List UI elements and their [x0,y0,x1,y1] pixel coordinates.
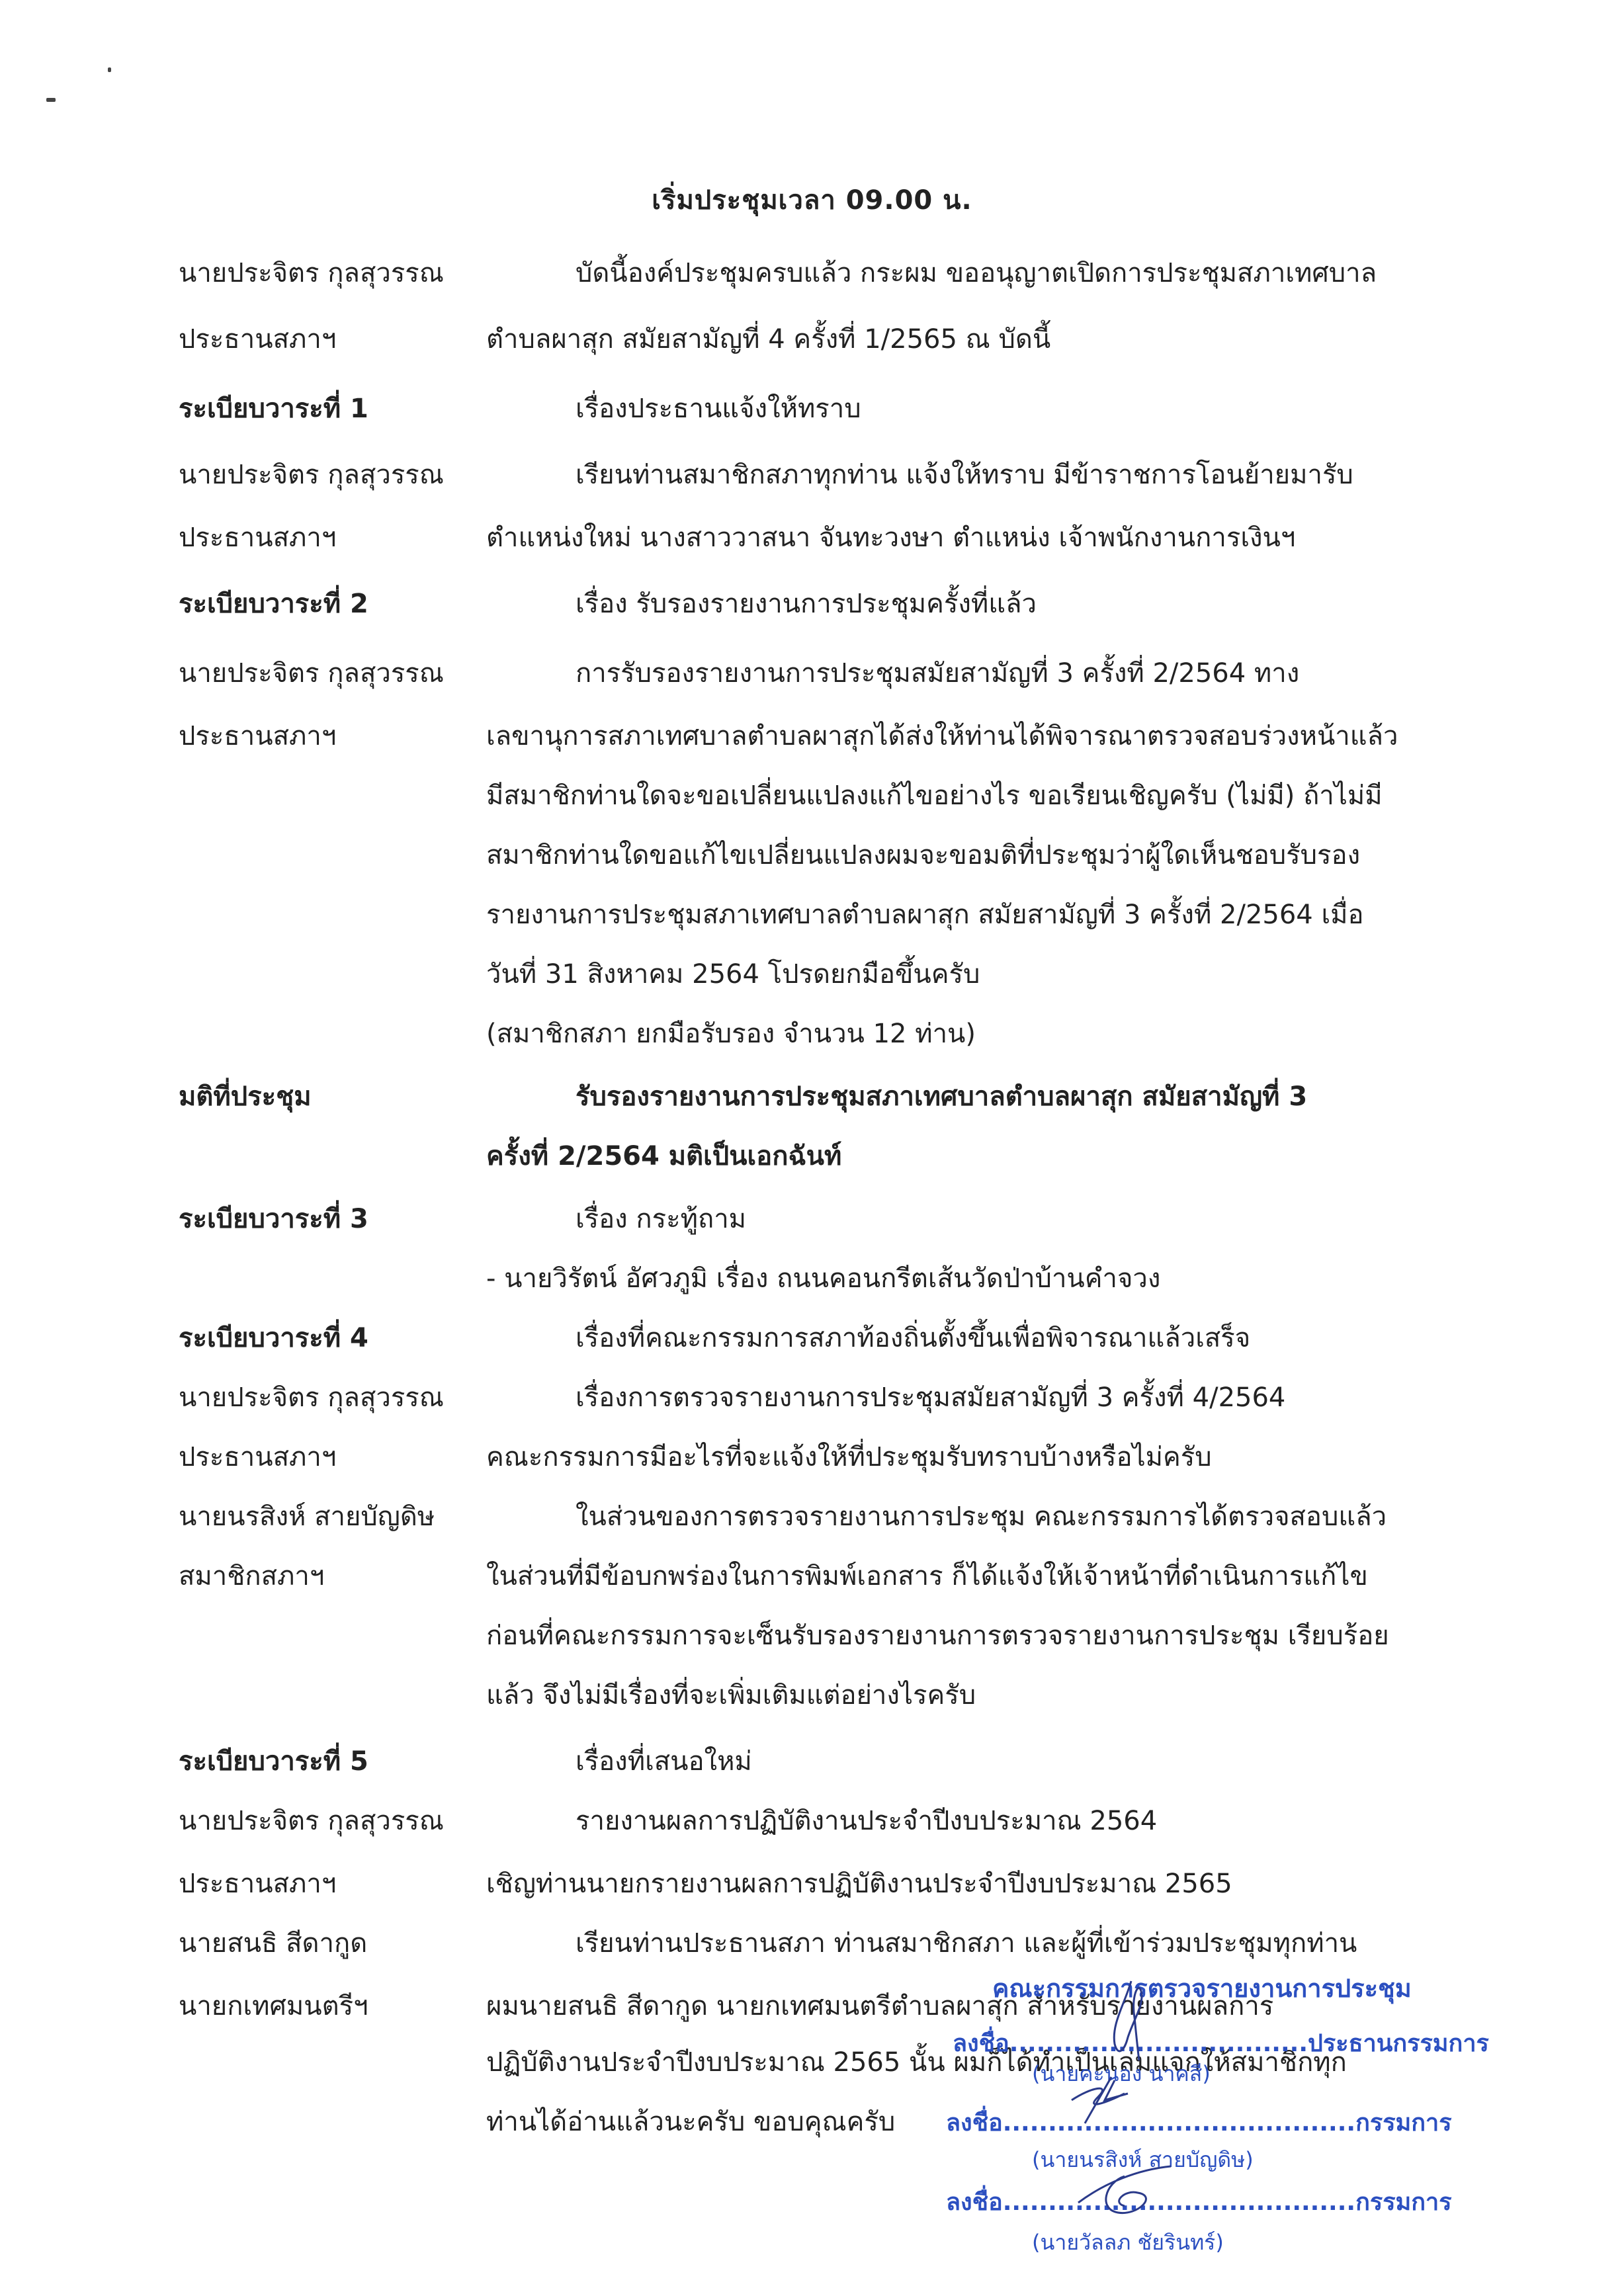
handwritten-signature-2 [1065,2074,1138,2127]
stamp-heading: คณะกรรมการตรวจรายงานการประชุม [992,1968,1412,2008]
signature-line-3: ลงชื่อ..................................… [946,2183,1452,2221]
minutes-row: สมาชิกสภาฯในส่วนที่มีข้อบกพร่องในการพิมพ… [0,1554,1624,1614]
minutes-text: รายงานการประชุมสภาเทศบาลตำบลผาสุก สมัยสา… [486,893,1364,935]
minutes-row: นายประจิตร กุลสุวรรณเรื่องการตรวจรายงานก… [0,1376,1624,1435]
speaker-label: ระเบียบวาระที่ 3 [179,1197,368,1240]
signature-line-2: ลงชื่อ..................................… [946,2103,1452,2141]
speaker-label: นายประจิตร กุลสุวรรณ [179,652,444,694]
minutes-row: ระเบียบวาระที่ 4เรื่องที่คณะกรรมการสภาท้… [0,1316,1624,1376]
signature-role: กรรมการ [1355,2109,1452,2137]
speaker-label: ประธานสภาฯ [179,1862,336,1904]
scan-speck [108,67,111,72]
minutes-text: (สมาชิกสภา ยกมือรับรอง จำนวน 12 ท่าน) [486,1012,976,1054]
minutes-text: - นายวิรัตน์ อัศวภูมิ เรื่อง ถนนคอนกรีตเ… [486,1257,1160,1299]
minutes-text: เรียนท่านสมาชิกสภาทุกท่าน แจ้งให้ทราบ มี… [576,453,1353,495]
speaker-label: ประธานสภาฯ [179,318,336,360]
minutes-text: เลขานุการสภาเทศบาลตำบลผาสุกได้ส่งให้ท่าน… [486,714,1398,757]
minutes-row: ประธานสภาฯคณะกรรมการมีอะไรที่จะแจ้งให้ที… [0,1435,1624,1495]
minutes-row: ประธานสภาฯตำแหน่งใหม่ นางสาววาสนา จันทะว… [0,516,1624,575]
scan-speck [46,98,56,102]
signature-role: กรรมการ [1355,2189,1452,2216]
minutes-row: รายงานการประชุมสภาเทศบาลตำบลผาสุก สมัยสา… [0,893,1624,953]
minutes-text: มีสมาชิกท่านใดจะขอเปลี่ยนแปลงแก้ไขอย่างไ… [486,774,1383,816]
handwritten-signature-3 [1072,2156,1177,2223]
minutes-text: ท่านได้อ่านแล้วนะครับ ขอบคุณครับ [486,2100,895,2142]
minutes-text: การรับรองรายงานการประชุมสมัยสามัญที่ 3 ค… [576,652,1299,694]
minutes-row: ประธานสภาฯเชิญท่านนายกรายงานผลการปฏิบัติ… [0,1862,1624,1922]
minutes-text: รับรองรายงานการประชุมสภาเทศบาลตำบลผาสุก … [576,1075,1307,1117]
minutes-row: - นายวิรัตน์ อัศวภูมิ เรื่อง ถนนคอนกรีตเ… [0,1257,1624,1316]
minutes-row: ระเบียบวาระที่ 1เรื่องประธานแจ้งให้ทราบ [0,387,1624,446]
minutes-text: ก่อนที่คณะกรรมการจะเซ็นรับรองรายงานการตร… [486,1614,1389,1656]
speaker-label: นายประจิตร กุลสุวรรณ [179,1799,444,1842]
minutes-row: ครั้งที่ 2/2564 มติเป็นเอกฉันท์ [0,1134,1624,1194]
minutes-row: ประธานสภาฯตำบลผาสุก สมัยสามัญที่ 4 ครั้ง… [0,318,1624,377]
minutes-text: ในส่วนของการตรวจรายงานการประชุม คณะกรรมก… [576,1495,1387,1537]
minutes-row: แล้ว จึงไม่มีเรื่องที่จะเพิ่มเติมแต่อย่า… [0,1674,1624,1733]
minutes-row: นายประจิตร กุลสุวรรณการรับรองรายงานการปร… [0,652,1624,711]
speaker-label: ระเบียบวาระที่ 5 [179,1740,368,1782]
minutes-row: นายประจิตร กุลสุวรรณบัดนี้องค์ประชุมครบแ… [0,251,1624,311]
speaker-label: นายกเทศมนตรีฯ [179,1984,368,2027]
signature-role: ประธานกรรมการ [1308,2030,1489,2057]
minutes-text: วันที่ 31 สิงหาคม 2564 โปรดยกมือขึ้นครับ [486,953,980,995]
speaker-label: ประธานสภาฯ [179,1435,336,1478]
minutes-row: มติที่ประชุมรับรองรายงานการประชุมสภาเทศบ… [0,1075,1624,1134]
minutes-row: นายนรสิงห์ สายบัญดิษในส่วนของการตรวจรายง… [0,1495,1624,1554]
minutes-row: ระเบียบวาระที่ 2เรื่อง รับรองรายงานการปร… [0,582,1624,642]
speaker-label: นายประจิตร กุลสุวรรณ [179,1376,444,1418]
minutes-text: ตำบลผาสุก สมัยสามัญที่ 4 ครั้งที่ 1/2565… [486,318,1050,360]
speaker-label: ประธานสภาฯ [179,714,336,757]
minutes-row: วันที่ 31 สิงหาคม 2564 โปรดยกมือขึ้นครับ [0,953,1624,1012]
minutes-row: (สมาชิกสภา ยกมือรับรอง จำนวน 12 ท่าน) [0,1012,1624,1072]
minutes-text: เรื่อง รับรองรายงานการประชุมครั้งที่แล้ว [576,582,1037,624]
minutes-text: รายงานผลการปฏิบัติงานประจำปีงบประมาณ 256… [576,1799,1157,1842]
minutes-row: ระเบียบวาระที่ 3เรื่อง กระทู้ถาม [0,1197,1624,1257]
minutes-row: นายประจิตร กุลสุวรรณเรียนท่านสมาชิกสภาทุ… [0,453,1624,513]
speaker-label: มติที่ประชุม [179,1075,312,1117]
minutes-text: เชิญท่านนายกรายงานผลการปฏิบัติงานประจำปี… [486,1862,1232,1904]
speaker-label: ระเบียบวาระที่ 4 [179,1316,368,1359]
minutes-row: ระเบียบวาระที่ 5เรื่องที่เสนอใหม่ [0,1740,1624,1799]
speaker-label: ประธานสภาฯ [179,516,336,558]
minutes-row: สมาชิกท่านใดขอแก้ไขเปลี่ยนแปลงผมจะขอมติท… [0,833,1624,893]
speaker-label: ระเบียบวาระที่ 2 [179,582,368,624]
minutes-text: ตำแหน่งใหม่ นางสาววาสนา จันทะวงษา ตำแหน่… [486,516,1295,558]
document-page: เริ่มประชุมเวลา 09.00 น. นายประจิตร กุลส… [0,0,1624,2288]
minutes-text: คณะกรรมการมีอะไรที่จะแจ้งให้ที่ประชุมรับ… [486,1435,1212,1478]
sign-label: ลงชื่อ..................................… [946,2109,1355,2137]
signatory-name-3: (นายวัลลภ ชัยรินทร์) [1032,2226,1224,2260]
minutes-row: ประธานสภาฯเลขานุการสภาเทศบาลตำบลผาสุกได้… [0,714,1624,774]
minutes-text: ในส่วนที่มีข้อบกพร่องในการพิมพ์เอกสาร ก็… [486,1554,1368,1597]
minutes-text: เรื่อง กระทู้ถาม [576,1197,746,1240]
minutes-text: เรื่องที่เสนอใหม่ [576,1740,752,1782]
minutes-text: บัดนี้องค์ประชุมครบแล้ว กระผม ขออนุญาตเป… [576,251,1377,294]
minutes-text: เรื่องประธานแจ้งให้ทราบ [576,387,861,429]
minutes-row: นายประจิตร กุลสุวรรณรายงานผลการปฏิบัติงา… [0,1799,1624,1859]
speaker-label: นายนรสิงห์ สายบัญดิษ [179,1495,435,1537]
speaker-label: นายสนธิ สีดากูด [179,1922,367,1964]
meeting-start-title: เริ่มประชุมเวลา 09.00 น. [0,179,1624,221]
speaker-label: นายประจิตร กุลสุวรรณ [179,251,444,294]
signature-line-1: ลงชื่อ.................................ป… [953,2024,1489,2062]
handwritten-signature-1 [1105,1978,1158,2064]
speaker-label: นายประจิตร กุลสุวรรณ [179,453,444,495]
minutes-text: เรียนท่านประธานสภา ท่านสมาชิกสภา และผู้ท… [576,1922,1357,1964]
minutes-text: เรื่องการตรวจรายงานการประชุมสมัยสามัญที่… [576,1376,1285,1418]
minutes-row: ก่อนที่คณะกรรมการจะเซ็นรับรองรายงานการตร… [0,1614,1624,1674]
minutes-text: เรื่องที่คณะกรรมการสภาท้องถิ่นตั้งขึ้นเพ… [576,1316,1250,1359]
minutes-text: แล้ว จึงไม่มีเรื่องที่จะเพิ่มเติมแต่อย่า… [486,1674,976,1716]
minutes-text: สมาชิกท่านใดขอแก้ไขเปลี่ยนแปลงผมจะขอมติท… [486,833,1360,876]
minutes-text: ครั้งที่ 2/2564 มติเป็นเอกฉันท์ [486,1134,841,1177]
speaker-label: สมาชิกสภาฯ [179,1554,324,1597]
speaker-label: ระเบียบวาระที่ 1 [179,387,368,429]
minutes-row: มีสมาชิกท่านใดจะขอเปลี่ยนแปลงแก้ไขอย่างไ… [0,774,1624,833]
